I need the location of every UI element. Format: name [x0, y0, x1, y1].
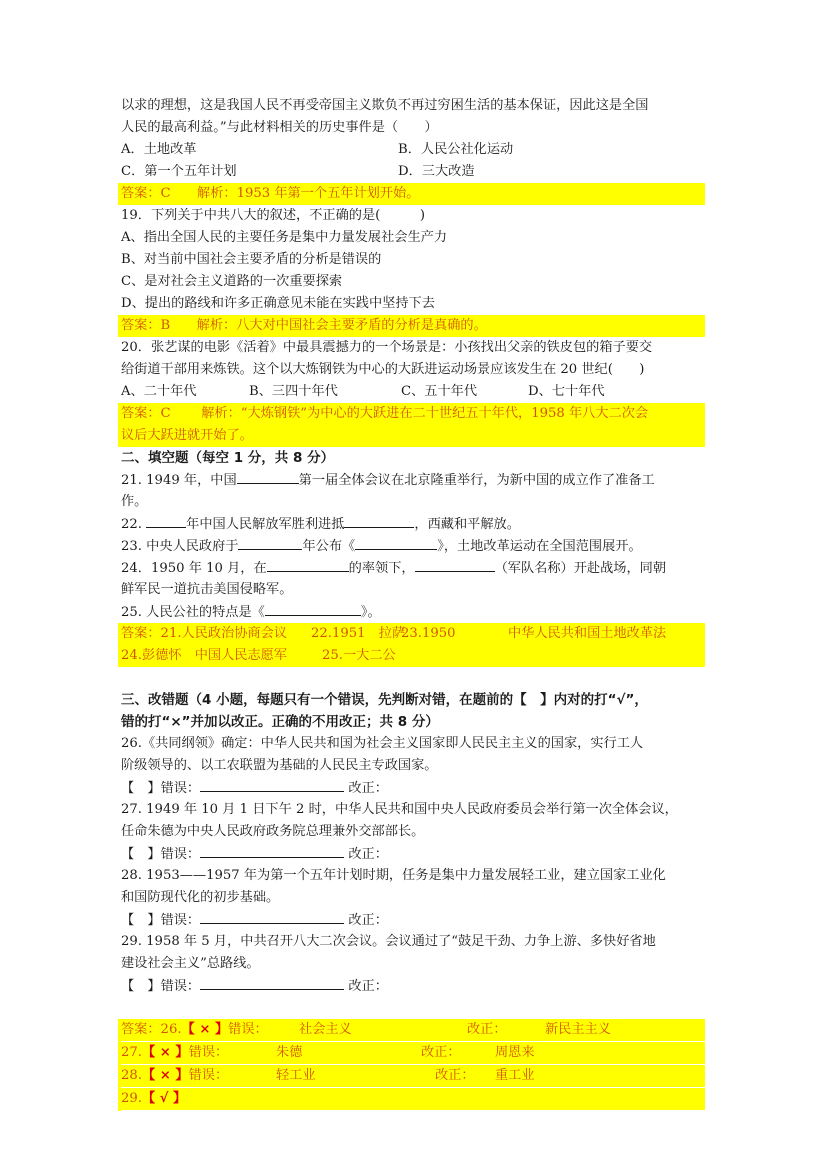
answer-22: 22.1951 拉萨 — [311, 623, 405, 645]
q21-post: 第一届全体会议在北京隆重举行，为新中国的成立作了准备工 — [299, 473, 655, 488]
q29-error-label: 错误： — [161, 979, 201, 994]
answer-23-law: 中华人民共和国土地改革法 — [508, 623, 666, 645]
answer-29-mark: 【 √ 】 — [142, 1091, 186, 1106]
answer-26-err-label: 错误： — [228, 1022, 268, 1037]
q19-option-a: A、指出全国人民的主要任务是集中力量发展社会生产力 — [121, 227, 705, 249]
q27-judge-bracket[interactable]: 【 】 — [121, 847, 161, 862]
q21-pre: 21. 1949 年，中国 — [121, 473, 237, 488]
answer-26-mark: 【 × 】 — [182, 1022, 229, 1037]
answer-26-fix-label: 改正： — [467, 1019, 507, 1041]
q19-option-c: C、是对社会主义道路的一次重要探索 — [121, 271, 705, 293]
q18-option-b: B．人民公社化运动 — [398, 139, 513, 161]
answer-26-err: 社会主义 — [299, 1019, 352, 1041]
q21-blank[interactable] — [237, 469, 299, 484]
q28-line2: 和国防现代化的初步基础。 — [121, 887, 705, 909]
section3-title-line1: 三、改错题（4 小题，每题只有一个错误，先判断对错，在题前的【 】内对的打“√”… — [121, 689, 705, 711]
spacer — [121, 667, 705, 689]
answer-21: 答案：21.人民政治协商会议 — [121, 623, 287, 645]
q21-cont: 作。 — [121, 491, 705, 513]
q24-cont: 鲜军民一道抗击美国侵略军。 — [121, 579, 705, 601]
q27-fill: 【 】错误： 改正： — [121, 843, 705, 865]
q24-post: （军队名称）开赴战场，同朝 — [495, 561, 666, 576]
answer-27: 27.【 × 】错误： 朱德 改正： 周恩来 — [121, 1042, 705, 1065]
q26-error-label: 错误： — [161, 781, 201, 796]
q28-error-label: 错误： — [161, 913, 201, 928]
q18-option-d: D．三大改造 — [398, 161, 475, 183]
q29-line1: 29. 1958 年 5 月，中共召开八大二次会议。会议通过了“鼓足干劲、力争上… — [121, 931, 705, 953]
answer-28-mark: 【 × 】 — [142, 1068, 189, 1083]
answer-27-mark: 【 × 】 — [142, 1045, 189, 1060]
q23-post: 》，土地改革运动在全国范围展开。 — [437, 539, 641, 554]
q18-stem-line1: 以求的理想，这是我国人民不再受帝国主义欺负不再过穷困生活的基本保证，因此这是全国 — [121, 95, 705, 117]
answer-28-fix-label: 改正： — [435, 1065, 475, 1087]
q25-post: 》。 — [361, 605, 381, 620]
q19-option-b: B、对当前中国社会主要矛盾的分析是错误的 — [121, 249, 705, 271]
q28-line1: 28. 1953——1957 年为第一个五年计划时期，任务是集中力量发展轻工业，… — [121, 865, 705, 887]
q29-fix-label: 改正： — [348, 979, 388, 994]
q20-answer-line2: 议后大跃进就开始了。 — [118, 425, 705, 447]
section2-answer-line1: 答案：21.人民政治协商会议 22.1951 拉萨 23.1950 中华人民共和… — [118, 623, 705, 645]
q26-error-blank[interactable] — [200, 777, 344, 792]
q20-stem-line1: 20．张艺谋的电影《活着》中最具震撼力的一个场景是：小孩找出父亲的铁皮包的箱子要… — [121, 337, 705, 359]
q22-blank-place[interactable] — [344, 513, 414, 528]
q21: 21. 1949 年，中国第一届全体会议在北京隆重举行，为新中国的成立作了准备工 — [121, 469, 705, 491]
q25-pre: 25. 人民公社的特点是《 — [121, 605, 265, 620]
q18-options-row2: C．第一个五年计划 D．三大改造 — [121, 161, 705, 183]
q29-fill: 【 】错误： 改正： — [121, 975, 705, 997]
answer-27-err: 朱德 — [276, 1042, 302, 1064]
q29-error-blank[interactable] — [200, 975, 344, 990]
q24-blank-leader[interactable] — [267, 557, 349, 572]
answer-28-fix: 重工业 — [495, 1065, 535, 1087]
q22-mid: 年中国人民解放军胜利进抵 — [186, 517, 344, 532]
q28-error-blank[interactable] — [200, 909, 344, 924]
answer-26-prefix: 答案：26. — [121, 1022, 182, 1037]
section3-answers: 答案：26.【 × 】错误： 社会主义 改正： 新民主主义 27.【 × 】错误… — [118, 1019, 705, 1111]
q27-error-blank[interactable] — [200, 843, 344, 858]
answer-25: 25.一大二公 — [322, 645, 396, 667]
q23-blank-law[interactable] — [355, 535, 437, 550]
answer-27-err-label: 错误： — [189, 1045, 229, 1060]
q20-options: A、二十年代 B、三四十年代 C、五十年代 D、七十年代 — [121, 381, 705, 403]
q29-line2: 建设社会主义”总路线。 — [121, 953, 705, 975]
q18-options-row1: A．土地改革 B．人民公社化运动 — [121, 139, 705, 161]
q20-option-b: B、三四十年代 — [249, 381, 401, 403]
q29-judge-bracket[interactable]: 【 】 — [121, 979, 161, 994]
q23-pre: 23. 中央人民政府于 — [121, 539, 238, 554]
answer-28-err: 轻工业 — [276, 1065, 316, 1087]
q24-pre: 24．1950 年 10 月，在 — [121, 561, 267, 576]
q24: 24．1950 年 10 月，在的率领下，（军队名称）开赴战场，同朝 — [121, 557, 705, 579]
section2-answer-line2: 24.彭德怀 中国人民志愿军 25.一大二公 — [118, 645, 705, 667]
q27-line2: 任命朱德为中央人民政府政务院总理兼外交部部长。 — [121, 821, 705, 843]
answer-28-prefix: 28. — [121, 1068, 142, 1083]
answer-26: 答案：26.【 × 】错误： 社会主义 改正： 新民主主义 — [121, 1019, 705, 1042]
q18-option-a: A．土地改革 — [121, 139, 398, 161]
q28-fill: 【 】错误： 改正： — [121, 909, 705, 931]
q27-line1: 27. 1949 年 10 月 1 日下午 2 时，中华人民共和国中央人民政府委… — [121, 799, 705, 821]
q27-fix-label: 改正： — [348, 847, 388, 862]
q25-blank[interactable] — [265, 601, 361, 616]
q26-judge-bracket[interactable]: 【 】 — [121, 781, 161, 796]
q19-stem: 19．下列关于中共八大的叙述，不正确的是( ) — [121, 205, 705, 227]
q26-line2: 阶级领导的、以工农联盟为基础的人民民主专政国家。 — [121, 755, 705, 777]
q28-judge-bracket[interactable]: 【 】 — [121, 913, 161, 928]
q24-blank-army[interactable] — [415, 557, 495, 572]
q18-stem-line2: 人民的最高利益。”与此材料相关的历史事件是（ ） — [121, 117, 705, 139]
q18-option-c: C．第一个五年计划 — [121, 161, 398, 183]
section3-title-line2: 错的打“×”并加以改正。正确的不用改正；共 8 分） — [121, 711, 705, 733]
q23-mid: 年公布《 — [302, 539, 355, 554]
answer-27-fix-label: 改正： — [421, 1042, 461, 1064]
answer-28: 28.【 × 】错误： 轻工业 改正： 重工业 — [121, 1065, 705, 1088]
q19-answer: 答案：B 解析：八大对中国社会主要矛盾的分析是真确的。 — [118, 315, 705, 337]
q20-stem-line2: 给街道干部用来炼铁。这个以大炼钢铁为中心的大跃进运动场景应该发生在 20 世纪(… — [121, 359, 705, 381]
q22-post: ，西藏和平解放。 — [414, 517, 520, 532]
answer-29: 29.【 √ 】 — [121, 1088, 705, 1111]
q22-pre: 22. — [121, 517, 146, 532]
answer-27-prefix: 27. — [121, 1045, 142, 1060]
q28-fix-label: 改正： — [348, 913, 388, 928]
q22-blank-year[interactable] — [146, 513, 186, 528]
answer-28-err-label: 错误： — [189, 1068, 229, 1083]
q20-option-d: D、七十年代 — [528, 381, 605, 403]
q26-fill: 【 】错误： 改正： — [121, 777, 705, 799]
section2-title: 二、填空题（每空 1 分，共 8 分） — [121, 447, 705, 469]
q27-error-label: 错误： — [161, 847, 201, 862]
answer-23-year: 23.1950 — [401, 623, 456, 645]
spacer — [121, 997, 705, 1019]
q23-blank-year[interactable] — [238, 535, 302, 550]
q26-line1: 26.《共同纲领》确定：中华人民共和国为社会主义国家即人民民主主义的国家，实行工… — [121, 733, 705, 755]
q20-option-c: C、五十年代 — [401, 381, 528, 403]
answer-27-fix: 周恩来 — [495, 1042, 535, 1064]
q25: 25. 人民公社的特点是《》。 — [121, 601, 705, 623]
answer-29-prefix: 29. — [121, 1091, 142, 1106]
answer-26-fix: 新民主主义 — [545, 1019, 611, 1041]
q23: 23. 中央人民政府于年公布《》，土地改革运动在全国范围展开。 — [121, 535, 705, 557]
q22: 22. 年中国人民解放军胜利进抵，西藏和平解放。 — [121, 513, 705, 535]
q20-answer-line1: 答案：C 解析：“大炼钢铁”为中心的大跃进在二十世纪五十年代，1958 年八大二… — [118, 403, 705, 425]
q26-fix-label: 改正： — [348, 781, 388, 796]
q20-option-a: A、二十年代 — [121, 381, 249, 403]
exam-page: 以求的理想，这是我国人民不再受帝国主义欺负不再过穷困生活的基本保证，因此这是全国… — [121, 95, 705, 1111]
q19-option-d: D、提出的路线和许多正确意见未能在实践中坚持下去 — [121, 293, 705, 315]
answer-24: 24.彭德怀 中国人民志愿军 — [121, 645, 287, 667]
q24-mid: 的率领下， — [349, 561, 415, 576]
q18-answer: 答案：C 解析：1953 年第一个五年计划开始。 — [118, 183, 705, 205]
